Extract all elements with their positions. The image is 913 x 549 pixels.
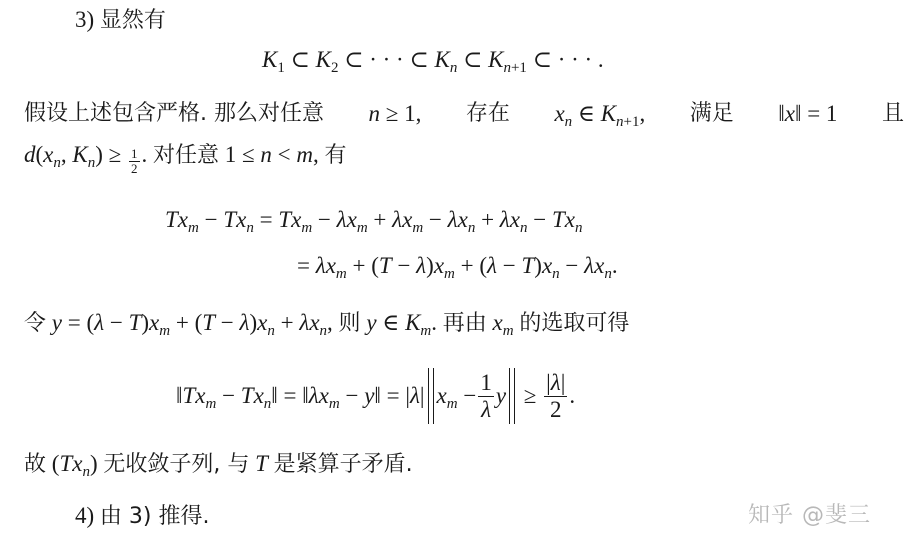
para1-text-a: 假设上述包含严格. 那么对任意 xyxy=(24,100,324,128)
para2-text-b: 则 xyxy=(339,311,361,336)
item-3-intro: 显然有 xyxy=(100,8,166,33)
conclusion-T: T xyxy=(255,451,268,476)
para1-text-c: 满足 xyxy=(690,100,734,128)
para1-norm: ‖x‖ = 1 xyxy=(778,100,837,128)
item-4-text: 由 3) 推得. xyxy=(100,504,210,529)
para2-y-def: y = (λ − T)xm + (T − λ)xn + λxn, xyxy=(52,310,333,335)
para1-text-e: 对任意 xyxy=(153,143,219,168)
para1-text-b: 存在 xyxy=(466,100,510,128)
conclusion-text-b: 无收敛子列, 与 xyxy=(103,452,249,477)
para1-dist: d(xn, Kn) ≥ 12. xyxy=(24,142,147,167)
para1-text-f: 有 xyxy=(325,143,347,168)
item-4-label: 4) xyxy=(75,503,94,528)
zhihu-watermark: 知乎 @斐三 xyxy=(748,498,871,529)
double-bar-left xyxy=(428,368,434,424)
item-3-label: 3) xyxy=(75,7,94,32)
item-3-heading: 3) 显然有 xyxy=(75,6,166,35)
para1-text-d: 且 xyxy=(882,100,904,128)
para2-text-a: 令 xyxy=(24,311,46,336)
para2-text-d: 的选取可得 xyxy=(519,311,629,336)
para2-xm: xm xyxy=(493,310,514,335)
inclusion-chain-equation: K1 ⊂ K2 ⊂ · · · ⊂ Kn ⊂ Kn+1 ⊂ · · · . xyxy=(262,46,604,74)
item-4-line: 4) 由 3) 推得. xyxy=(75,502,209,531)
norm-inequality-equation: ‖Txm − Txn‖ = ‖λxm − y‖ = |λ| xm − 1λ y … xyxy=(176,366,575,426)
para1-xn-in: xn ∈ Kn+1, xyxy=(554,100,645,128)
conclusion-line: 故 (Txn) 无收敛子列, 与 T 是紧算子矛盾. xyxy=(24,450,413,479)
paragraph-1-line-1: 假设上述包含严格. 那么对任意 n ≥ 1, 存在 xn ∈ Kn+1, 满足 … xyxy=(24,100,904,128)
para2-text-c: 再由 xyxy=(443,311,487,336)
aligned-equation-row-1: Txm − Txn = Txm − λxm + λxm − λxn + λxn … xyxy=(165,206,582,234)
conclusion-text-a: 故 xyxy=(24,452,46,477)
para1-cond-n: n ≥ 1, xyxy=(369,100,422,128)
conclusion-seq: (Txn) xyxy=(52,451,98,476)
double-bar-right xyxy=(509,368,515,424)
aligned-equation-row-2: = λxm + (T − λ)xm + (λ − T)xn − λxn. xyxy=(297,252,618,280)
conclusion-text-c: 是紧算子矛盾. xyxy=(274,452,413,477)
paragraph-2: 令 y = (λ − T)xm + (T − λ)xn + λxn, 则 y ∈… xyxy=(24,309,629,338)
para2-y-in: y ∈ Km. xyxy=(366,310,437,335)
paragraph-1-line-2: d(xn, Kn) ≥ 12. 对任意 1 ≤ n < m, 有 xyxy=(24,141,347,177)
para1-range: 1 ≤ n < m, xyxy=(225,142,319,167)
